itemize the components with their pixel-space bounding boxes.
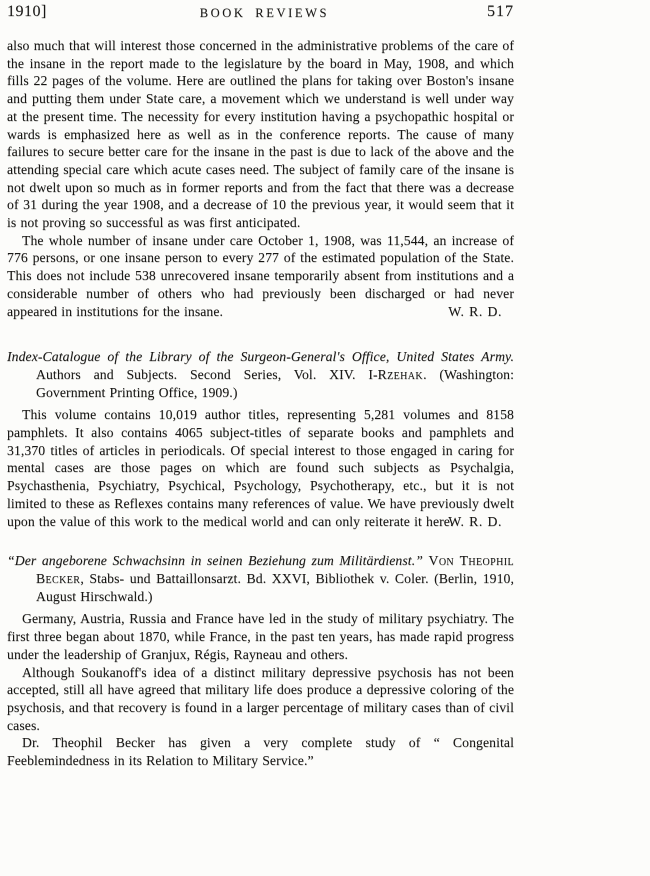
review-citation: Index-Catalogue of the Library of the Su… [7,348,514,401]
review-entry-3: “Der angeborene Schwachsinn in seinen Be… [7,552,514,769]
review-paragraph: also much that will interest those conce… [7,37,514,232]
citation-segment: Index-Catalogue of the Library of the Su… [7,349,514,364]
page-title: BOOK REVIEWS [200,6,329,21]
review-paragraph: Although Soukanoff's idea of a distinct … [7,664,514,735]
review-entry-2: Index-Catalogue of the Library of the Su… [7,348,514,530]
running-header: 1910] BOOK REVIEWS 517 [7,3,514,25]
review-entry-1: also much that will interest those conce… [7,37,514,320]
citation-segment: “Der angeborene Schwachsinn in seinen Be… [7,553,423,568]
paragraph-text: This volume contains 10,019 author title… [7,407,514,528]
citation-segment: , Stabs- und Battaillonsarzt. Bd. XXVI, … [36,571,514,604]
year-marker: 1910] [7,3,47,21]
reviewer-initials: W. R. D. [448,513,502,531]
paragraph-text: The whole number of insane under care Oc… [7,233,514,319]
review-paragraph: Dr. Theophil Becker has given a very com… [7,734,514,769]
page-content: also much that will interest those conce… [7,37,514,770]
citation-segment: Authors and Subjects. Second Series, Vol… [36,367,378,382]
page-number: 517 [487,3,514,21]
reviewer-initials: W. R. D. [448,303,502,321]
review-citation: “Der angeborene Schwachsinn in seinen Be… [7,552,514,605]
review-paragraph: Germany, Austria, Russia and France have… [7,610,514,663]
scanned-book-page: 1910] BOOK REVIEWS 517 also much that wi… [0,0,650,876]
citation-segment: Rzehak [378,367,423,382]
review-paragraph: The whole number of insane under care Oc… [7,232,514,321]
review-paragraph: This volume contains 10,019 author title… [7,406,514,530]
